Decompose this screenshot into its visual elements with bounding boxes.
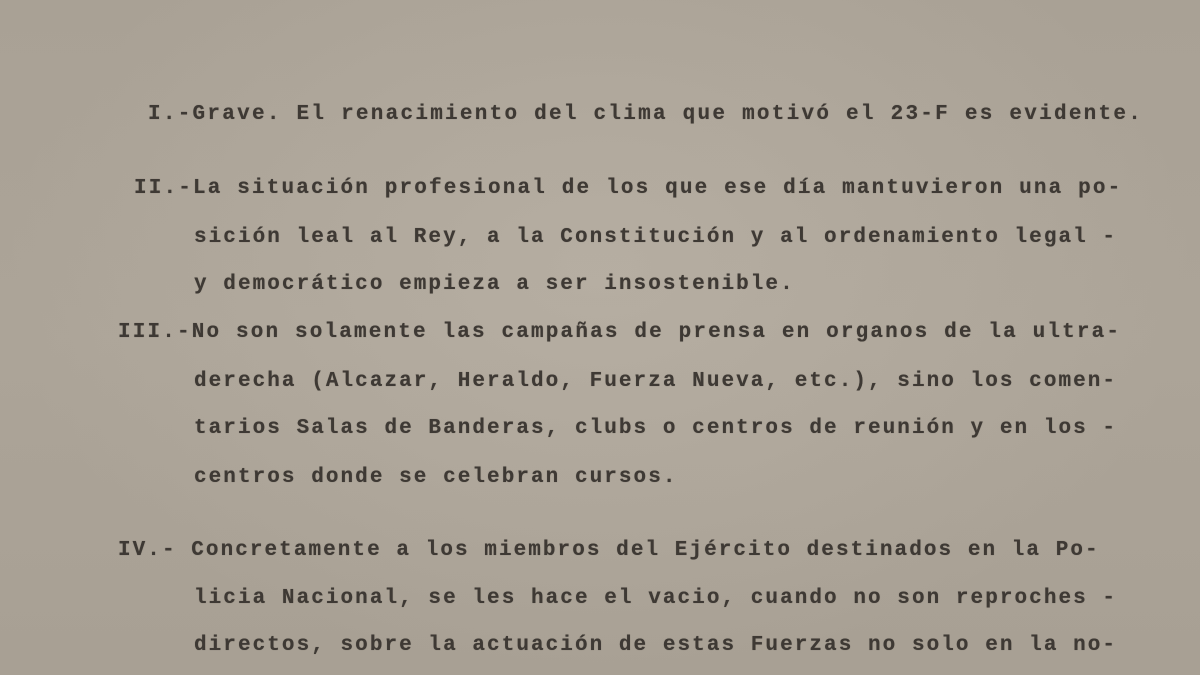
paragraph-3-line-2: derecha (Alcazar, Heraldo, Fuerza Nueva,… bbox=[194, 371, 1117, 392]
paragraph-4-line-1: IV.- Concretamente a los miembros del Ej… bbox=[118, 540, 1100, 561]
paper-document: I.-Grave. El renacimiento del clima que … bbox=[0, 0, 1200, 675]
paragraph-3-line-4: centros donde se celebran cursos. bbox=[194, 467, 678, 488]
paragraph-2-line-2: sición leal al Rey, a la Constitución y … bbox=[194, 227, 1117, 248]
paragraph-4-line-2: licia Nacional, se les hace el vacio, cu… bbox=[194, 588, 1117, 609]
paragraph-2-line-3: y democrático empieza a ser insostenible… bbox=[194, 274, 795, 295]
paragraph-2-line-1: II.-La situación profesional de los que … bbox=[134, 178, 1122, 199]
paragraph-3-line-3: tarios Salas de Banderas, clubs o centro… bbox=[194, 418, 1117, 439]
paragraph-3-line-1: III.-No son solamente las campañas de pr… bbox=[118, 322, 1121, 343]
paragraph-1-line-1: I.-Grave. El renacimiento del clima que … bbox=[148, 104, 1143, 125]
paragraph-4-line-3: directos, sobre la actuación de estas Fu… bbox=[194, 635, 1117, 656]
